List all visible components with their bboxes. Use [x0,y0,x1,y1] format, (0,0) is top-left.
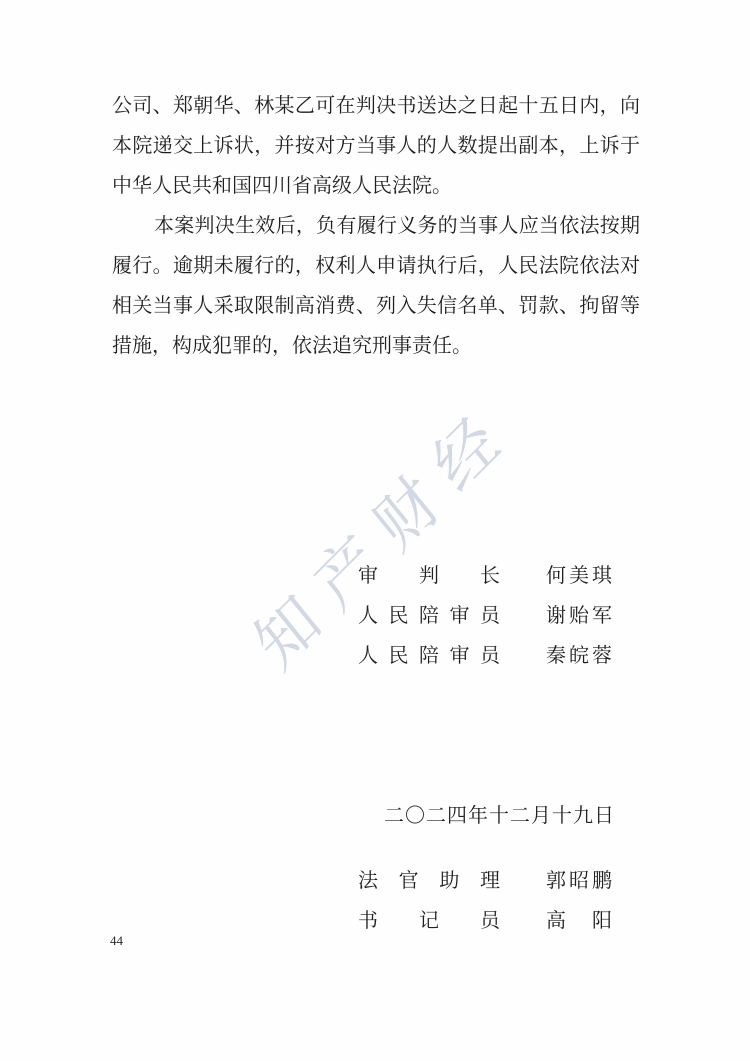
signature-block: 审判长何美琪 人民陪审员谢贻军 人民陪审员秦皖蓉 [358,556,612,676]
page-number: 44 [110,933,123,949]
body-line: 中华人民共和国四川省高级人民法院。 [112,166,640,206]
signature-name: 何美琪 [546,556,612,596]
staff-title: 法官助理 [358,861,500,901]
body-line: 本案判决生效后，负有履行义务的当事人应当依法按期 [112,206,640,246]
signature-name: 谢贻军 [546,596,612,636]
document-page: 知产财经 公司、郑朝华、林某乙可在判决书送达之日起十五日内，向 本院递交上诉状，… [0,0,750,1061]
signature-title: 人民陪审员 [358,636,500,676]
staff-title: 书记员 [358,901,500,941]
staff-name: 高阳 [546,901,612,941]
signature-row: 审判长何美琪 [358,556,612,596]
signature-row: 人民陪审员秦皖蓉 [358,636,612,676]
body-line: 措施，构成犯罪的，依法追究刑事责任。 [112,326,640,366]
body-line: 履行。逾期未履行的，权利人申请执行后，人民法院依法对 [112,246,640,286]
body-line: 相关当事人采取限制高消费、列入失信名单、罚款、拘留等 [112,286,640,326]
judgment-date: 二〇二四年十二月十九日 [384,796,615,836]
staff-row: 法官助理郭昭鹏 [358,861,612,901]
body-line: 本院递交上诉状，并按对方当事人的人数提出副本，上诉于 [112,126,640,166]
signature-title: 审判长 [358,556,500,596]
signature-title: 人民陪审员 [358,596,500,636]
staff-block: 法官助理郭昭鹏 书记员高阳 [358,861,612,941]
staff-row: 书记员高阳 [358,901,612,941]
judgment-body: 公司、郑朝华、林某乙可在判决书送达之日起十五日内，向 本院递交上诉状，并按对方当… [112,86,640,366]
signature-name: 秦皖蓉 [546,636,612,676]
body-line: 公司、郑朝华、林某乙可在判决书送达之日起十五日内，向 [112,86,640,126]
signature-row: 人民陪审员谢贻军 [358,596,612,636]
staff-name: 郭昭鹏 [546,861,612,901]
